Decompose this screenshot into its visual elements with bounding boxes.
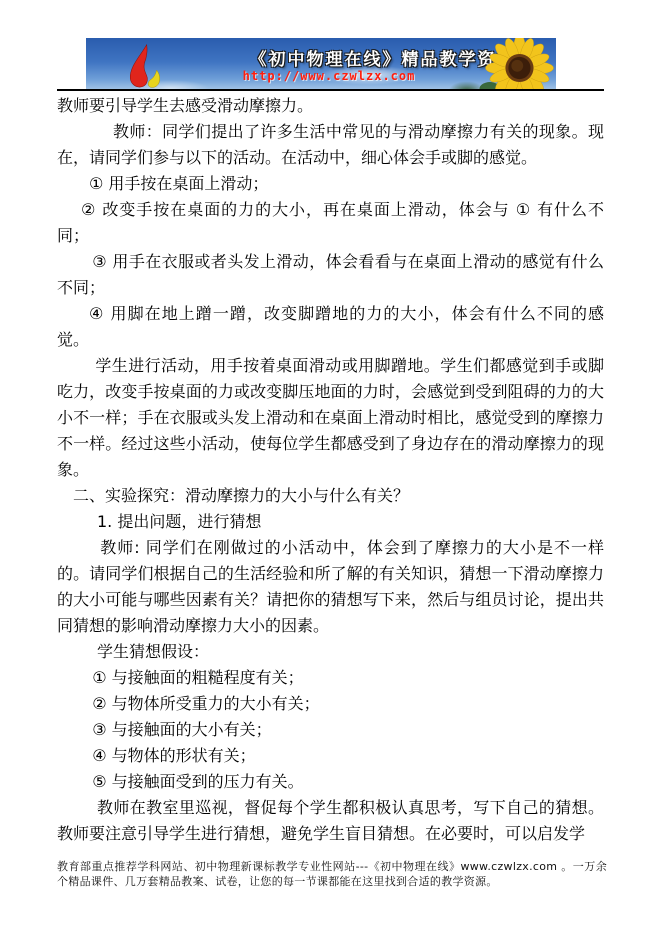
document-page: 《初中物理在线》精品教学资源库 http://www.czwlzx.com: [0, 0, 661, 936]
paragraph: ④ 与物体的形状有关；: [57, 743, 604, 769]
paragraph: 教师在教室里巡视，督促每个学生都积极认真思考，写下自己的猜想。教师要注意引导学生…: [57, 795, 604, 847]
paragraph: ② 改变手按在桌面的力的大小，再在桌面上滑动，体会与 ① 有什么不同；: [57, 197, 604, 249]
paragraph: 教师要引导学生去感受滑动摩擦力。: [57, 93, 604, 119]
paragraph: 二、实验探究：滑动摩擦力的大小与什么有关？: [57, 483, 604, 509]
paragraph: 学生进行活动，用手按着桌面滑动或用脚蹭地。学生们都感觉到手或脚吃力，改变手按桌面…: [57, 353, 604, 483]
site-logo-icon: [114, 42, 172, 91]
header-banner: 《初中物理在线》精品教学资源库 http://www.czwlzx.com: [86, 38, 556, 91]
paragraph: 1. 提出问题，进行猜想: [57, 509, 604, 535]
footer-text: 教育部重点推荐学科网站、初中物理新课标教学专业性网站---《初中物理在线》www…: [57, 859, 607, 889]
paragraph: ① 用手按在桌面上滑动；: [57, 171, 604, 197]
paragraph: ③ 用手在衣服或者头发上滑动，体会看看与在桌面上滑动的感觉有什么不同；: [57, 249, 604, 301]
paragraph: ⑤ 与接触面受到的压力有关。: [57, 769, 604, 795]
header-divider: [57, 89, 604, 91]
banner-url: http://www.czwlzx.com: [204, 69, 454, 83]
paragraph: ④ 用脚在地上蹭一蹭，改变脚蹭地的力的大小，体会有什么不同的感觉。: [57, 301, 604, 353]
document-body: 教师要引导学生去感受滑动摩擦力。教师：同学们提出了许多生活中常见的与滑动摩擦力有…: [57, 93, 604, 847]
paragraph: ① 与接触面的粗糙程度有关；: [57, 665, 604, 691]
paragraph: 教师：同学们提出了许多生活中常见的与滑动摩擦力有关的现象。现在，请同学们参与以下…: [57, 119, 604, 171]
paragraph: ② 与物体所受重力的大小有关；: [57, 691, 604, 717]
paragraph: 学生猜想假设：: [57, 639, 604, 665]
paragraph: ③ 与接触面的大小有关；: [57, 717, 604, 743]
sunflower-image: [472, 38, 556, 91]
paragraph: 教师: 同学们在刚做过的小活动中，体会到了摩擦力的大小是不一样的。请同学们根据自…: [57, 535, 604, 639]
